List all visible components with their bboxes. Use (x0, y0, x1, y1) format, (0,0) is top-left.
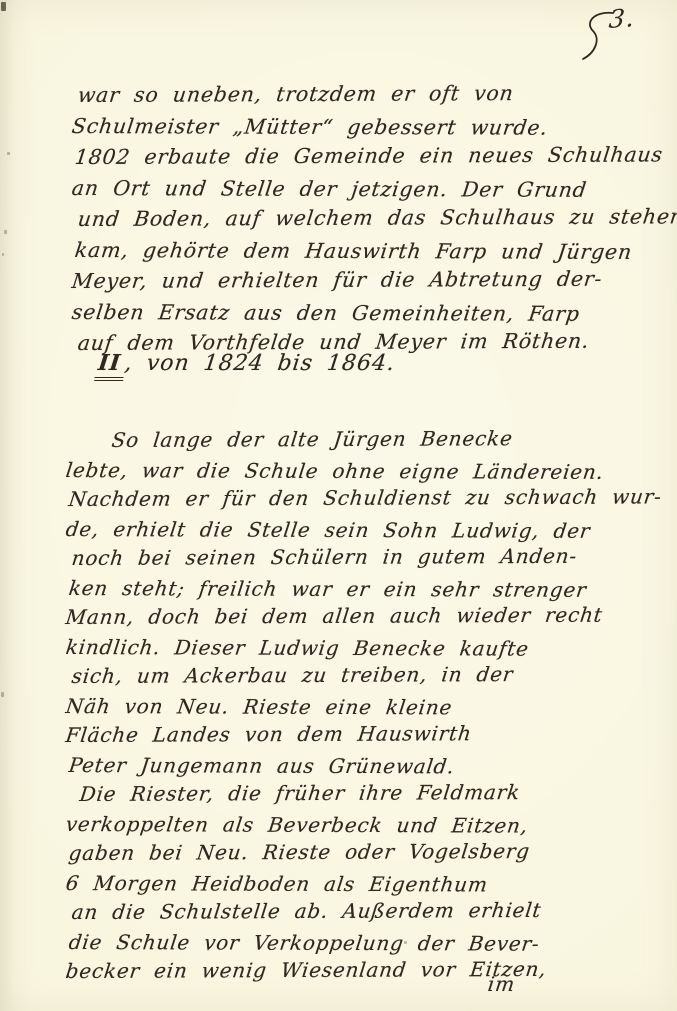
text-line: So lange der alte Jürgen Benecke (110, 424, 633, 456)
section-heading: II, von 1824 bis 1864. (94, 350, 397, 381)
text-line: Fläche Landes von dem Hauswirth (64, 719, 633, 751)
paragraph-main: So lange der alte Jürgen Benecke lebte, … (64, 426, 629, 987)
text-line: sich, um Ackerbau zu treiben, in der (70, 660, 633, 692)
text-line: Nachdem er für den Schuldienst zu schwac… (67, 483, 633, 515)
scan-speck (2, 253, 4, 256)
page-number-group: 3. (581, 4, 635, 62)
text-line: 1802 erbaute die Gemeinde ein neues Schu… (73, 140, 634, 173)
text-line: noch bei seinen Schülern in gutem Anden- (70, 542, 633, 574)
page-number: 3. (608, 3, 636, 34)
section-numeral: II (94, 350, 126, 381)
scan-speck (1, 2, 6, 11)
scan-speck (1, 692, 4, 697)
text-line: war so uneben, trotzdem er oft von (76, 78, 634, 111)
paragraph-continuation: war so uneben, trotzdem er oft von Schul… (70, 80, 630, 359)
text-line: becker ein wenig Wiesenland vor Eitzen, (64, 955, 633, 987)
text-line: Meyer, und erhielten für die Abtretung d… (70, 264, 634, 297)
text-line: gaben bei Neu. Rieste oder Vogelsberg (67, 837, 633, 869)
section-heading-text: , von 1824 bis 1864. (123, 351, 396, 376)
text-line: Die Riester, die früher ihre Feldmark (78, 778, 633, 810)
text-line: Mann, doch bei dem allen auch wieder rec… (64, 601, 633, 633)
manuscript-page: 3. war so uneben, trotzdem er oft von Sc… (0, 0, 677, 1011)
scan-speck (7, 152, 10, 155)
scan-speck (4, 230, 7, 234)
catchword: im (487, 972, 517, 996)
text-line: und Boden, auf welchem das Schulhaus zu … (76, 202, 634, 235)
text-line: an die Schulstelle ab. Außerdem erhielt (70, 896, 633, 928)
